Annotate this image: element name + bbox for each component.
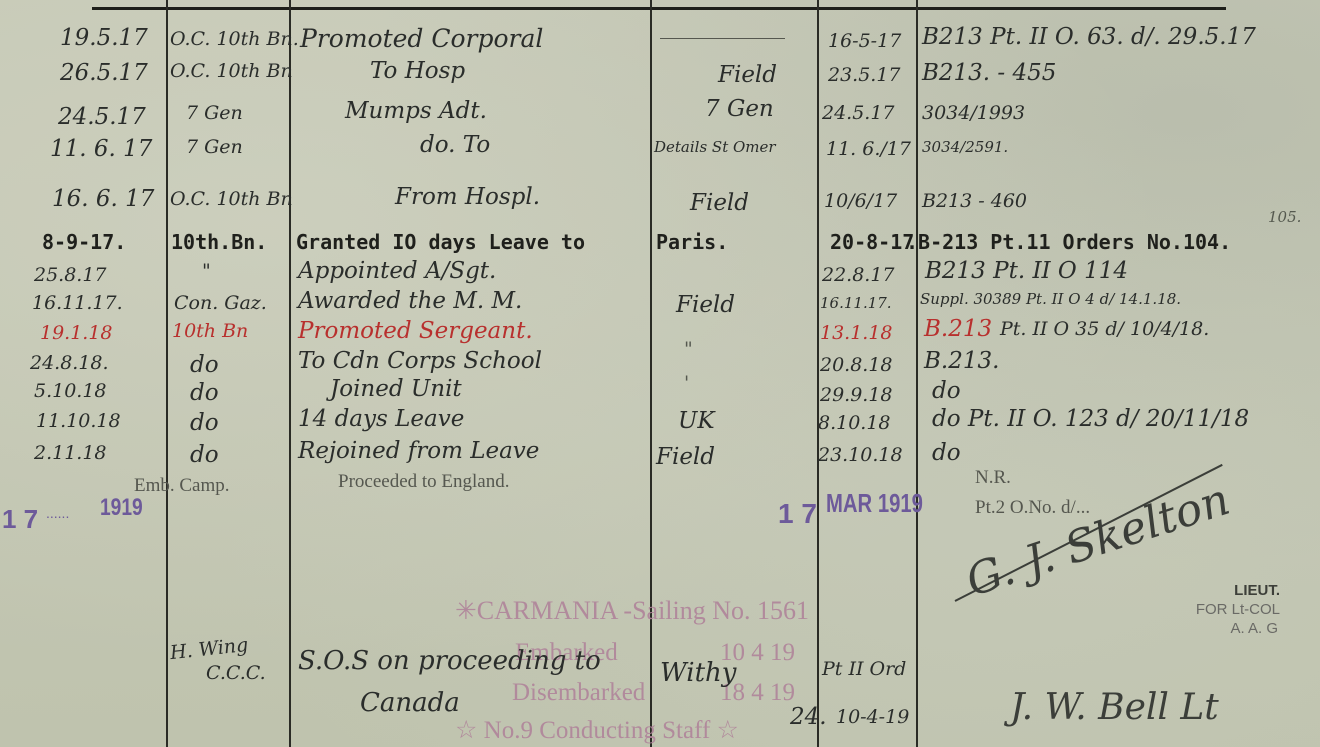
column-divider-authority xyxy=(916,0,918,747)
row-unit: Con. Gaz. xyxy=(174,294,267,313)
ship-stamp-conducting-staff: ☆ No.9 Conducting Staff ☆ xyxy=(455,718,739,743)
row-authority-red: B.213 xyxy=(924,318,992,341)
rank-line-for-ltcol: FOR Lt-COL xyxy=(1160,601,1280,620)
row-ref-date: 22.8.17 xyxy=(822,266,895,285)
date-stamp-left-year: 1919 xyxy=(100,496,143,520)
row-event: Appointed A/Sgt. xyxy=(298,260,496,283)
row-ref-date: 13.1.18 xyxy=(820,324,893,343)
rank-line-lieut: LIEUT. xyxy=(1160,582,1280,601)
printed-order: Pt.2 O.No. d/... xyxy=(975,498,1090,517)
row-date: 24.5.17 xyxy=(58,106,146,129)
row-authority: B.213. xyxy=(924,350,999,373)
row-authority: B213 - 460 xyxy=(922,192,1027,211)
final-place: Withy xyxy=(660,660,736,686)
row-event: To Cdn Corps School xyxy=(298,350,542,373)
row-date: 26.5.17 xyxy=(60,62,148,85)
row-event: Rejoined from Leave xyxy=(298,440,539,463)
row-date: 11. 6. 17 xyxy=(50,138,152,161)
row-authority: Pt. II O 35 d/ 10/4/18. xyxy=(1000,320,1209,339)
blank-dash xyxy=(660,38,785,39)
printed-event: Proceeded to England. xyxy=(338,472,509,491)
row-place: Field xyxy=(690,192,749,215)
row-place: UK xyxy=(678,410,715,433)
row-date: 2.11.18 xyxy=(34,444,107,463)
row-authority: 3034/1993 xyxy=(922,104,1025,123)
final-ref: Pt II Ord xyxy=(822,660,906,679)
row-event: Joined Unit xyxy=(330,378,462,401)
date-stamp-left-day: 1 7 xyxy=(2,506,38,532)
row-unit: do xyxy=(190,412,219,435)
row-event: do. To xyxy=(420,134,490,157)
row-date: 5.10.18 xyxy=(34,382,107,401)
row-place: Field xyxy=(656,446,715,469)
row-ref-date: 20.8.18 xyxy=(820,356,893,375)
row-authority: do xyxy=(932,442,961,465)
row-unit: 7 Gen xyxy=(186,138,243,157)
header-rule xyxy=(92,7,1226,10)
row-event: Promoted Corporal xyxy=(300,26,543,51)
row-ref-date: 8.10.18 xyxy=(818,414,891,433)
date-stamp-mid-day: 1 7 xyxy=(778,500,817,528)
margin-note: 105. xyxy=(1268,210,1301,225)
row-ref-date: 20-8-17 xyxy=(830,232,914,252)
row-authority: do Pt. II O. 123 d/ 20/11/18 xyxy=(932,408,1249,431)
row-ref-date: 16.11.17. xyxy=(820,296,892,311)
row-event: Granted IO days Leave to xyxy=(296,232,585,252)
row-unit: O.C. 10th Bn xyxy=(170,62,293,81)
row-place: Field xyxy=(718,64,777,87)
column-divider-refdate xyxy=(817,0,819,747)
row-date: 25.8.17 xyxy=(34,266,107,285)
row-ref-date: 23.5.17 xyxy=(828,66,901,85)
row-authority: B213 Pt. II O. 63. d/. 29.5.17 xyxy=(922,26,1256,49)
row-ref-date: 24.5.17 xyxy=(822,104,895,123)
row-authority: .B-213 Pt.11 Orders No.104. xyxy=(906,232,1231,252)
row-unit: 7 Gen xyxy=(186,104,243,123)
row-event: 14 days Leave xyxy=(298,408,464,431)
row-event: Awarded the M. M. xyxy=(298,290,522,313)
row-authority: do xyxy=(932,380,961,403)
service-record-card: 19.5.17 O.C. 10th Bn. Promoted Corporal … xyxy=(0,0,1320,747)
row-place: 7 Gen xyxy=(705,98,774,121)
column-divider-event xyxy=(289,0,291,747)
second-signature: J. W. Bell Lt xyxy=(1010,690,1219,726)
final-event-line1: S.O.S on proceeding to xyxy=(298,648,601,674)
row-event: From Hospl. xyxy=(395,186,540,209)
row-date: 16.11.17. xyxy=(32,294,123,313)
row-event: To Hosp xyxy=(370,60,465,83)
row-unit: " xyxy=(202,262,211,281)
row-unit: O.C. 10th Bn xyxy=(170,190,293,209)
row-date: 8-9-17. xyxy=(42,232,126,252)
ship-stamp-disembarked-label: Disembarked xyxy=(512,680,645,705)
row-date: 11.10.18 xyxy=(36,412,121,431)
row-place: " xyxy=(684,340,693,359)
row-ref-date: 16-5-17 xyxy=(828,32,901,51)
date-stamp-mid-month-year: MAR 1919 xyxy=(826,490,923,516)
row-ref-date: 29.9.18 xyxy=(820,386,893,405)
final-ref-no: 24. xyxy=(790,706,827,729)
printed-unit: Emb. Camp. xyxy=(134,476,230,495)
row-date: 19.1.18 xyxy=(40,324,113,343)
row-unit: 10th.Bn. xyxy=(171,232,267,252)
row-date: 24.8.18. xyxy=(30,354,109,373)
ship-stamp-title: ✳CARMANIA -Sailing No. 1561 xyxy=(455,598,809,624)
printed-nr: N.R. xyxy=(975,468,1011,487)
row-ref-date: 11. 6./17 xyxy=(826,140,911,159)
row-place: ' xyxy=(684,374,689,393)
final-unit-line1: H. Wing xyxy=(169,636,249,663)
row-authority: B213 Pt. II O 114 xyxy=(925,260,1128,283)
row-ref-date: 10/6/17 xyxy=(824,192,897,211)
final-event-line2: Canada xyxy=(360,690,460,716)
final-ref-date: 10-4-19 xyxy=(836,708,909,727)
row-authority: B213. - 455 xyxy=(922,62,1056,85)
row-place: Paris. xyxy=(656,232,728,252)
row-date: 16. 6. 17 xyxy=(52,188,154,211)
row-unit: O.C. 10th Bn. xyxy=(170,30,299,49)
column-divider-unit xyxy=(166,0,168,747)
row-ref-date: 23.10.18 xyxy=(818,446,903,465)
rank-line-aag: A. A. G xyxy=(1160,620,1278,639)
row-place: Field xyxy=(676,294,735,317)
row-unit: 10th Bn xyxy=(172,322,248,341)
row-unit: do xyxy=(190,382,219,405)
row-event: Mumps Adt. xyxy=(345,100,487,123)
row-place: Details St Omer xyxy=(654,140,776,155)
final-unit-line2: C.C.C. xyxy=(206,664,266,683)
column-divider-place xyxy=(650,0,652,747)
row-date: 19.5.17 xyxy=(60,27,148,50)
date-stamp-left-dots: ...... xyxy=(46,506,69,520)
row-authority: Suppl. 30389 Pt. II O 4 d/ 14.1.18. xyxy=(920,292,1181,307)
row-event: Promoted Sergeant. xyxy=(298,320,533,343)
row-unit: do xyxy=(190,444,219,467)
row-unit: do xyxy=(190,354,219,377)
row-authority: 3034/2591. xyxy=(922,140,1008,155)
officer-rank-block: LIEUT. FOR Lt-COL A. A. G xyxy=(1160,582,1280,638)
